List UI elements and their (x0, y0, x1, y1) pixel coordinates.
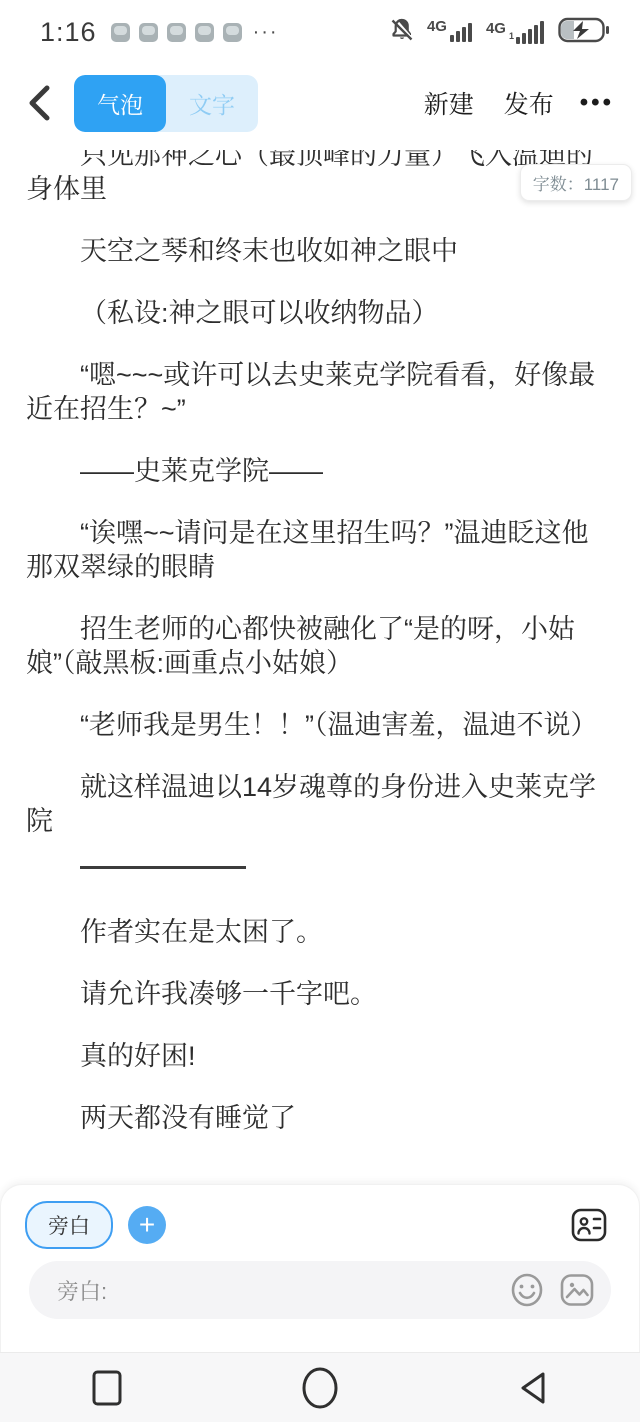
more-menu-icon[interactable]: ••• (580, 89, 614, 117)
message-input[interactable]: 旁白: (29, 1261, 611, 1319)
tab-bubble[interactable]: 气泡 (74, 75, 166, 132)
new-button[interactable]: 新建 (424, 85, 474, 121)
emoji-icon[interactable] (509, 1272, 545, 1308)
story-paragraph[interactable]: “老师我是男生！！”（温迪害羞，温迪不说） (26, 708, 614, 742)
add-role-button[interactable]: + (128, 1206, 166, 1244)
status-bar: 1:16 ··· 4G 4G 1 (0, 0, 640, 56)
story-paragraph[interactable]: 天空之琴和终末也收如神之眼中 (26, 234, 614, 268)
notification-app-icon (223, 23, 242, 42)
notification-app-icon (167, 23, 186, 42)
composer-role-row: 旁白 + (25, 1201, 609, 1249)
status-bar-left: 1:16 ··· (40, 17, 279, 48)
notification-app-icon (111, 23, 130, 42)
bell-muted-icon (389, 17, 415, 48)
publish-button[interactable]: 发布 (504, 85, 554, 121)
story-paragraph[interactable]: “诶嘿~~请问是在这里招生吗？”温迪眨这他那双翠绿的眼睛 (26, 516, 614, 584)
notification-app-icon (139, 23, 158, 42)
back-icon[interactable] (26, 83, 60, 123)
android-navbar (0, 1352, 640, 1422)
story-paragraph[interactable]: 两天都没有睡觉了 (26, 1101, 614, 1135)
app-screen: 1:16 ··· 4G 4G 1 (0, 0, 640, 1422)
signal-icon: 4G 1 (486, 21, 546, 44)
story-paragraph[interactable]: 真的好困! (26, 1039, 614, 1073)
back-nav-button[interactable] (427, 1368, 640, 1408)
story-paragraph[interactable]: ——史莱克学院—— (26, 454, 614, 488)
battery-charging-icon (558, 16, 610, 49)
paragraph-divider (80, 866, 246, 869)
tab-text[interactable]: 文字 (166, 75, 258, 132)
signal-icon: 4G (427, 23, 474, 42)
character-list-icon[interactable] (569, 1205, 609, 1245)
notification-app-icon (195, 23, 214, 42)
story-paragraph[interactable]: 请允许我凑够一千字吧。 (26, 977, 614, 1011)
story-editor[interactable]: 只见那神之心（最顶峰的力量）飞入温迪的身体里 天空之琴和终末也收如神之眼中 （私… (0, 148, 640, 1184)
story-paragraph[interactable]: 招生老师的心都快被融化了“是的呀，小姑娘”（敲黑板:画重点小姑娘） (26, 612, 614, 680)
story-paragraph[interactable]: “嗯~~~或许可以去史莱克学院看看，好像最近在招生？~” (26, 358, 614, 426)
message-input-placeholder: 旁白: (57, 1275, 495, 1306)
role-pill-narrator[interactable]: 旁白 (25, 1201, 113, 1249)
notification-overflow-icon: ··· (253, 21, 279, 44)
word-count-badge: 字数：1117 (520, 164, 632, 201)
mode-tabs: 气泡 文字 (74, 75, 258, 132)
story-paragraph[interactable]: （私设:神之眼可以收纳物品） (26, 296, 614, 330)
composer-panel: 旁白 + 旁白: (0, 1184, 640, 1352)
story-paragraph[interactable]: 作者实在是太困了。 (26, 915, 614, 949)
clock: 1:16 (40, 17, 97, 48)
image-icon[interactable] (559, 1272, 595, 1308)
home-button[interactable] (213, 1366, 426, 1410)
status-bar-right: 4G 4G 1 (377, 16, 610, 49)
recents-button[interactable] (0, 1368, 213, 1408)
story-paragraph[interactable]: 就这样温迪以14岁魂尊的身份进入史莱克学院 (26, 770, 614, 838)
app-header: 气泡 文字 新建 发布 ••• (0, 56, 640, 150)
